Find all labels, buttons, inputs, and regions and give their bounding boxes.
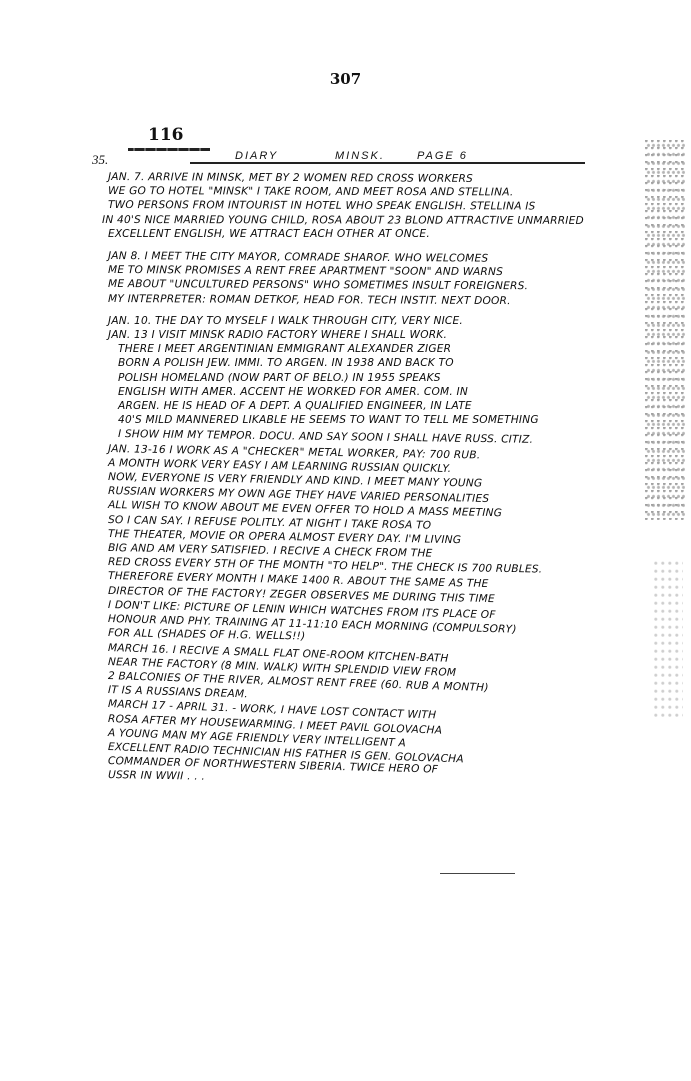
scan-noise: [645, 140, 685, 520]
text-line: ENGLISH WITH AMER. ACCENT HE WORKED FOR …: [118, 385, 588, 399]
diary-city: MINSK.: [335, 150, 385, 162]
text-line: IN 40'S NICE MARRIED YOUNG CHILD, ROSA A…: [102, 213, 588, 228]
document-page: 307 116 35. DIARY MINSK. PAGE 6 JAN. 7. …: [0, 0, 691, 1081]
footer-rule: [440, 873, 515, 874]
page-number: 307: [0, 70, 691, 88]
text-line: MY INTERPRETER: ROMAN DETKOF, HEAD FOR. …: [108, 292, 588, 309]
diary-page-label: PAGE 6: [417, 150, 468, 162]
exhibit-underline: [128, 148, 210, 151]
text-line: ARGEN. HE IS HEAD OF A DEPT. A QUALIFIED…: [118, 399, 588, 413]
text-line: 40'S MILD MANNERED LIKABLE HE SEEMS TO W…: [118, 413, 588, 427]
left-margin-number: 35.: [92, 152, 108, 168]
exhibit-number: 116: [148, 125, 184, 145]
handwritten-body: JAN. 7. ARRIVE IN MINSK, MET BY 2 WOMEN …: [108, 170, 588, 783]
text-line: BORN A POLISH JEW. IMMI. TO ARGEN. IN 19…: [118, 356, 588, 370]
text-line: JAN. 10. THE DAY TO MYSELF I WALK THROUG…: [108, 314, 588, 328]
text-line: TWO PERSONS FROM INTOURIST IN HOTEL WHO …: [108, 198, 588, 214]
text-line: POLISH HOMELAND (NOW PART OF BELO.) IN 1…: [118, 371, 588, 385]
header-rule: [190, 162, 585, 164]
text-line: JAN. 13 I VISIT MINSK RADIO FACTORY WHER…: [108, 328, 588, 342]
text-line: THERE I MEET ARGENTINIAN EMMIGRANT ALEXA…: [118, 342, 588, 356]
text-line: EXCELLENT ENGLISH, WE ATTRACT EACH OTHER…: [108, 227, 588, 241]
scan-noise: [653, 560, 683, 720]
diary-title: DIARY: [235, 150, 278, 162]
